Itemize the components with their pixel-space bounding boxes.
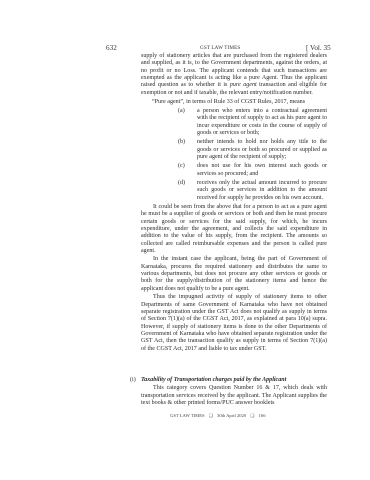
list-item-text: neither intends to hold nor holds any ti… (197, 139, 327, 161)
paragraph-instant-case: In the instant case the applicant, being… (141, 256, 327, 293)
section-i: (i) Taxability of Transportation charges… (130, 377, 327, 413)
list-item-text: a person who enters into a contractual a… (197, 108, 327, 137)
list-item-text: receives only the actual amount incurred… (197, 180, 327, 202)
list-item: (c) does not use for his own interest su… (178, 163, 327, 178)
footer-date: 30th April 2020 (217, 413, 246, 418)
body-text: supply of stationery articles that are p… (141, 53, 327, 353)
page-footer: GST LAW TIMES ❑ 30th April 2020 ❑ 166 (170, 413, 265, 419)
volume-label: [ Vol. 35 (306, 44, 331, 52)
list-item-label: (d) (178, 180, 197, 202)
document-page: 632 GST LAW TIMES [ Vol. 35 supply of st… (0, 0, 370, 480)
italic-term: pure agent (230, 82, 257, 88)
list-item-label: (c) (178, 163, 197, 178)
list-item-label: (a) (178, 108, 197, 137)
list-item: (a) a person who enters into a contractu… (178, 108, 327, 137)
list-item: (d) receives only the actual amount incu… (178, 180, 327, 202)
page-number: 632 (106, 44, 117, 52)
paragraph-pure-agent: It could be seen from the above that for… (141, 204, 327, 255)
separator-icon: ❑ (250, 413, 254, 419)
running-header-title: GST LAW TIMES (200, 45, 240, 51)
section-label: (i) (130, 377, 141, 384)
section-title: Taxability of Transportation charges pai… (141, 377, 286, 384)
list-item-label: (b) (178, 139, 197, 161)
definition-intro: “Pure agent”, in terms of Rule 33 of CGS… (141, 99, 327, 106)
section-paragraph: This category covers Question Number 16 … (141, 385, 327, 407)
paragraph-conclusion: Thus the impugned activity of supply of … (141, 294, 327, 353)
footer-page: 166 (259, 413, 266, 418)
section-heading: (i) Taxability of Transportation charges… (130, 377, 327, 384)
list-item: (b) neither intends to hold nor holds an… (178, 139, 327, 161)
list-item-text: does not use for his own interest such g… (197, 163, 327, 178)
separator-icon: ❑ (209, 413, 213, 419)
footer-journal: GST LAW TIMES (170, 413, 205, 418)
definition-list: (a) a person who enters into a contractu… (178, 108, 327, 202)
paragraph-intro: supply of stationery articles that are p… (141, 53, 327, 97)
